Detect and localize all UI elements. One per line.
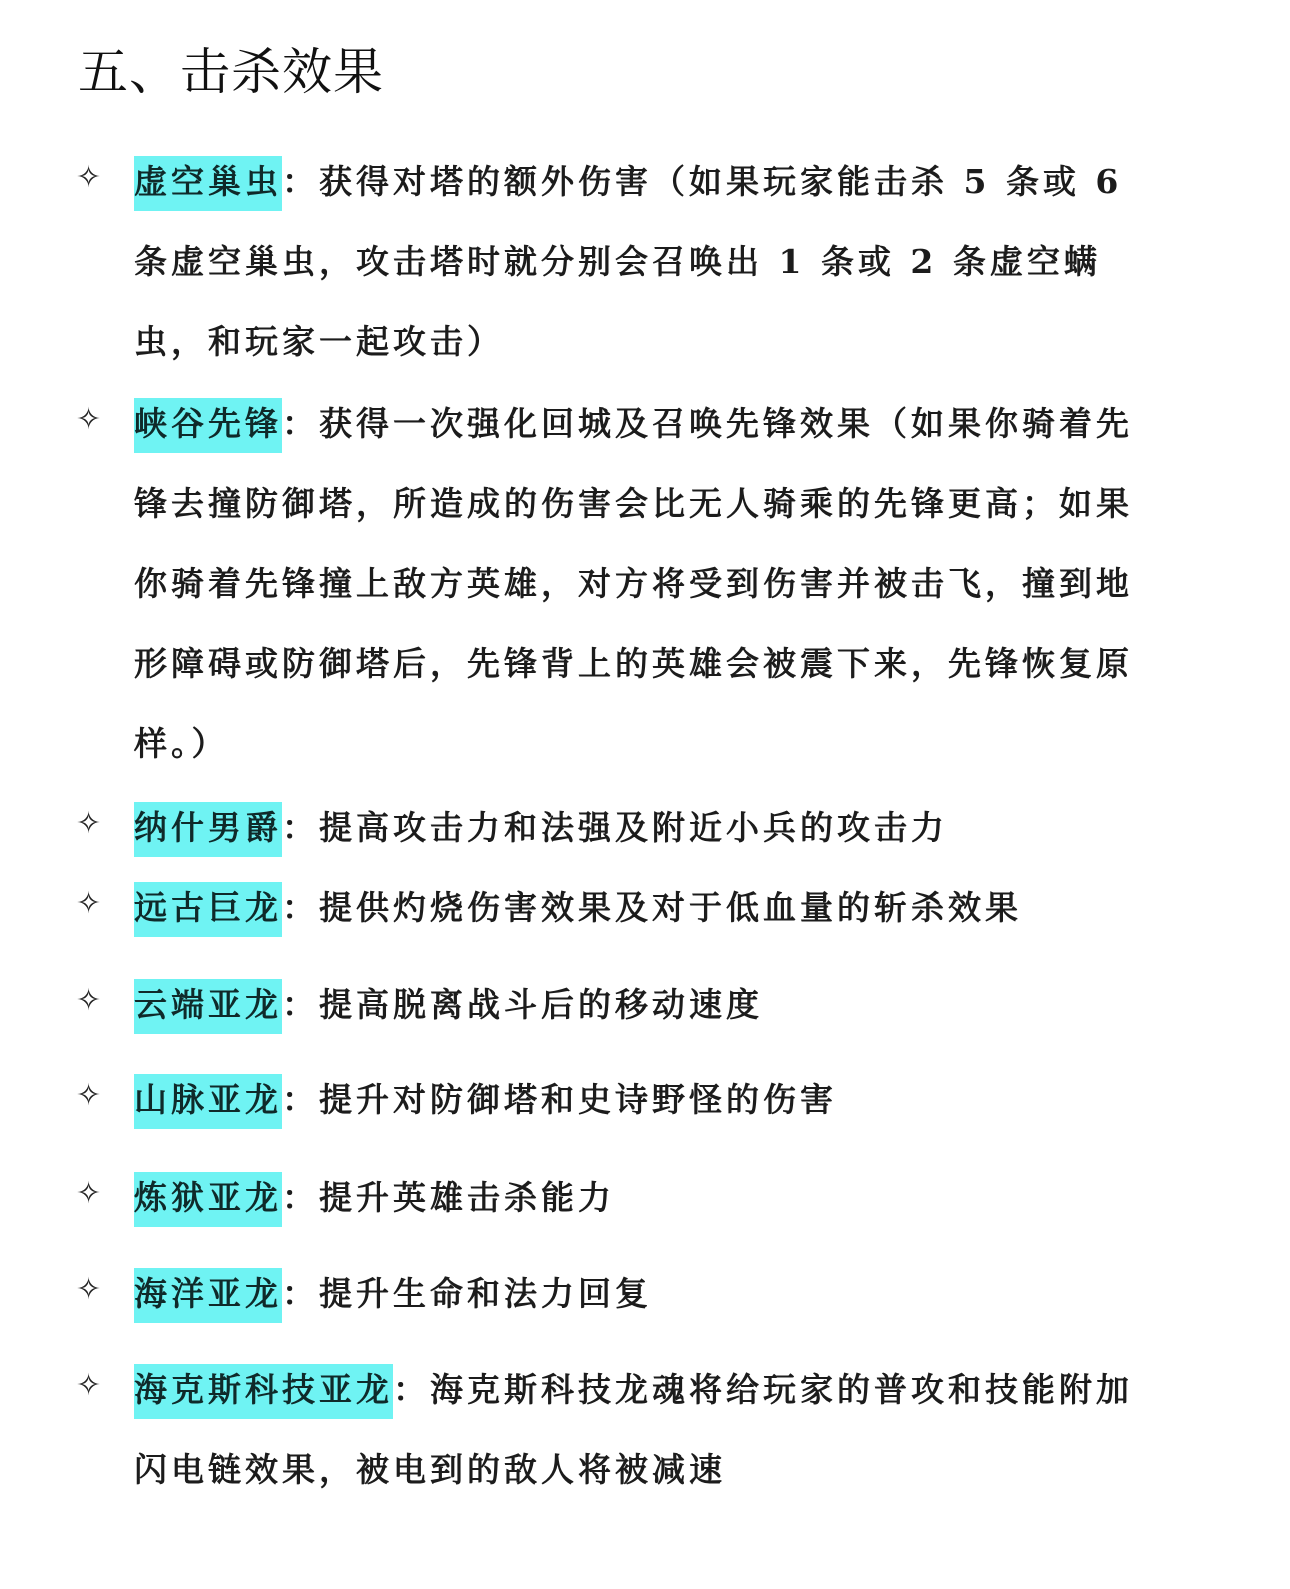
item-text: 海克斯科技亚龙：海克斯科技龙魂将给玩家的普攻和技能附加闪电链效果，被电到的敌人将… [134,1350,1154,1510]
item-text: 峡谷先锋：获得一次强化回城及召唤先锋效果（如果你骑着先锋去撞防御塔，所造成的伤害… [134,384,1154,784]
item-text: 山脉亚龙：提升对防御塔和史诗野怪的伤害 [134,1060,1154,1140]
diamond-bullet-icon: ✧ [76,804,101,844]
item-separator: ： [282,808,319,847]
diamond-bullet-icon: ✧ [76,1270,101,1310]
diamond-bullet-icon: ✧ [76,400,101,440]
item-description: 获得一次强化回城及召唤先锋效果（如果你骑着先锋去撞防御塔，所造成的伤害会比无人骑… [134,404,1133,763]
item-name-highlight: 峡谷先锋 [134,398,282,453]
item-text: 海洋亚龙：提升生命和法力回复 [134,1254,1154,1334]
item-name-highlight: 山脉亚龙 [134,1074,282,1129]
diamond-bullet-icon: ✧ [76,884,101,924]
item-name-highlight: 云端亚龙 [134,979,282,1034]
section-title: 五、击杀效果 [78,40,384,104]
item-text: 炼狱亚龙：提升英雄击杀能力 [134,1158,1154,1238]
item-separator: ： [393,1370,430,1409]
item-name-highlight: 虚空巢虫 [134,156,282,211]
diamond-bullet-icon: ✧ [76,158,101,198]
item-description: 提升生命和法力回复 [319,1274,652,1313]
item-description: 提升英雄击杀能力 [319,1178,615,1217]
diamond-bullet-icon: ✧ [76,1076,101,1116]
item-separator: ： [282,1178,319,1217]
diamond-bullet-icon: ✧ [76,981,101,1021]
item-text: 虚空巢虫：获得对塔的额外伤害（如果玩家能击杀 5 条或 6 条虚空巢虫，攻击塔时… [134,142,1154,382]
item-name-highlight: 海克斯科技亚龙 [134,1364,393,1419]
item-separator: ： [282,888,319,927]
diamond-bullet-icon: ✧ [76,1366,101,1406]
item-description: 提升对防御塔和史诗野怪的伤害 [319,1080,837,1119]
item-name-highlight: 炼狱亚龙 [134,1172,282,1227]
item-description: 提供灼烧伤害效果及对于低血量的斩杀效果 [319,888,1022,927]
item-separator: ： [282,1080,319,1119]
item-separator: ： [282,162,319,201]
item-name-highlight: 远古巨龙 [134,882,282,937]
diamond-bullet-icon: ✧ [76,1174,101,1214]
item-separator: ： [282,985,319,1024]
item-separator: ： [282,404,319,443]
item-text: 远古巨龙：提供灼烧伤害效果及对于低血量的斩杀效果 [134,868,1154,948]
item-description: 提高攻击力和法强及附近小兵的攻击力 [319,808,948,847]
item-separator: ： [282,1274,319,1313]
item-description: 提高脱离战斗后的移动速度 [319,985,763,1024]
item-text: 云端亚龙：提高脱离战斗后的移动速度 [134,965,1154,1045]
item-name-highlight: 海洋亚龙 [134,1268,282,1323]
item-text: 纳什男爵：提高攻击力和法强及附近小兵的攻击力 [134,788,1154,868]
item-name-highlight: 纳什男爵 [134,802,282,857]
